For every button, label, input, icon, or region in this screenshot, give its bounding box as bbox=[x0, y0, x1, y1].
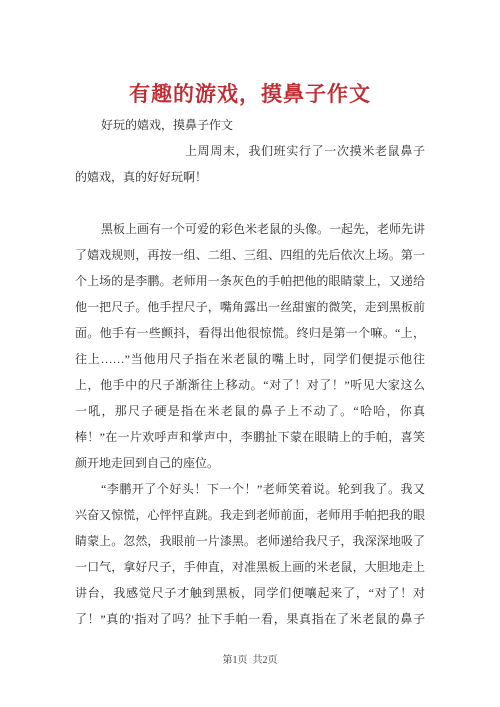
text-line: 一吼，那尺子硬是指在米老鼠的鼻子上不动了。“哈哈，你真 bbox=[75, 398, 425, 424]
text-line: 的嬉戏，真的好好玩啊！ bbox=[75, 164, 425, 190]
text-line: 颜开地走回到自己的座位。 bbox=[75, 450, 425, 476]
text-line: 一口气，拿好尺子，手伸直，对准黑板上画的米老鼠，大胆地走上 bbox=[75, 554, 425, 580]
text-line: 好玩的嬉戏，摸鼻子作文 bbox=[75, 112, 425, 138]
text-line: 了！”真的'指对了吗？扯下手帕一看，果真指在了米老鼠的鼻子 bbox=[75, 606, 425, 632]
document-page: 有趣的游戏，摸鼻子作文 好玩的嬉戏，摸鼻子作文上周周末，我们班实行了一次摸米老鼠… bbox=[0, 0, 500, 707]
text-line: “李鹏开了个好头！下一个！”老师笑着说。轮到我了。我又 bbox=[75, 476, 425, 502]
text-line: 往上……”当他用尺子指在米老鼠的嘴上时，同学们便提示他往 bbox=[75, 346, 425, 372]
text-line: 上，他手中的尺子渐渐往上移动。“对了！对了！”听见大家这么 bbox=[75, 372, 425, 398]
text-line: 面。他手有一些颤抖，看得出他很惊慌。终归是第一个嘛。“上， bbox=[75, 320, 425, 346]
text-line: 了嬉戏规则，再按一组、二组、三组、四组的先后依次上场。第一 bbox=[75, 242, 425, 268]
text-line: 讲台，我感觉尺子才触到黑板，同学们便嚷起来了，“对了！对 bbox=[75, 580, 425, 606]
text-line: 上周周末，我们班实行了一次摸米老鼠鼻子 bbox=[75, 138, 425, 164]
page-footer: 第1页 共2页 bbox=[0, 651, 500, 666]
text-line: 棒！”在一片欢呼声和掌声中，李鹏扯下蒙在眼睛上的手帕，喜笑 bbox=[75, 424, 425, 450]
document-body: 好玩的嬉戏，摸鼻子作文上周周末，我们班实行了一次摸米老鼠鼻子的嬉戏，真的好好玩啊… bbox=[75, 112, 425, 632]
text-line: 个上场的是李鹏。老师用一条灰色的手帕把他的眼睛蒙上，又递给 bbox=[75, 268, 425, 294]
text-line: 他一把尺子。他手捏尺子，嘴角露出一丝甜蜜的微笑，走到黑板前 bbox=[75, 294, 425, 320]
text-line: 兴奋又惊慌，心怦怦直跳。我走到老师前面，老师用手帕把我的眼 bbox=[75, 502, 425, 528]
text-line: 睛蒙上。忽然，我眼前一片漆黑。老师递给我尺子，我深深地吸了 bbox=[75, 528, 425, 554]
document-title: 有趣的游戏，摸鼻子作文 bbox=[0, 80, 500, 108]
text-line: 黑板上画有一个可爱的彩色米老鼠的头像。一起先，老师先讲 bbox=[75, 216, 425, 242]
